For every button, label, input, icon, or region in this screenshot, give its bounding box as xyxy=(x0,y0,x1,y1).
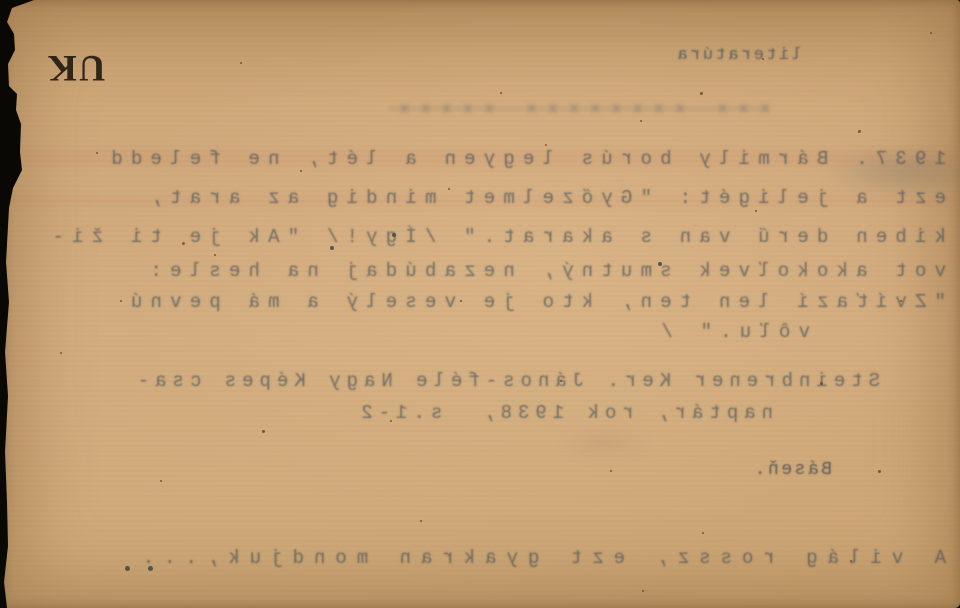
library-stamp-uk: UK xyxy=(46,46,106,89)
body-text-line: ezt a jeligét: "Győzelmet mindig az arat… xyxy=(142,187,946,209)
bottom-text-line: A világ rossz, ezt gyakran mondjuk,... xyxy=(133,547,946,569)
header-label-literatura: literatúra xyxy=(675,46,802,65)
body-text-line: vôľu." / xyxy=(653,321,810,343)
body-text-line: vot akokoľvek smutný, nezabúdaj na hesle… xyxy=(142,260,946,282)
body-text-line: kiben derű van s akarat." /Így!/ "Ak je … xyxy=(44,226,946,248)
citation-line: Steinbrener Ker. János-féle Nagy Képes c… xyxy=(132,370,880,392)
mirrored-bleedthrough-text-layer: literatúra xxx xxxxxxxx xxxxx 1937. Bárm… xyxy=(0,0,960,608)
citation-line: naptár, rok 1938, s.1-2 xyxy=(355,402,773,424)
body-text-line: 1937. Bármily borús legyen a lét, ne fel… xyxy=(103,148,946,170)
body-text-line: "Zvíťazí len ten, kto je veselý a má pev… xyxy=(123,291,946,313)
faint-crossed-out-line: xxx xxxxxxxx xxxxx xyxy=(388,100,770,119)
scanned-card-image: literatúra xxx xxxxxxxx xxxxx 1937. Bárm… xyxy=(0,0,960,608)
genre-label: Báseň. xyxy=(752,460,832,480)
